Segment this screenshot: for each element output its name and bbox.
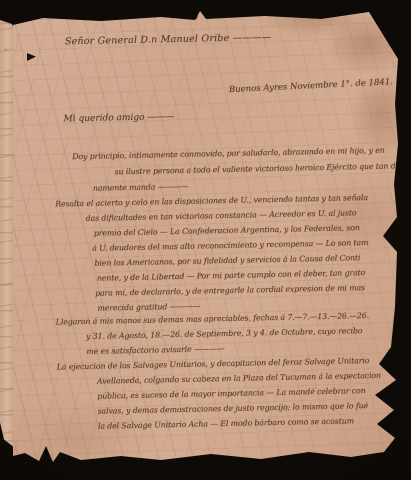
recipient-line: Señor General D.n Manuel Oribe ———— [65,32,272,47]
tear-mark [271,6,280,17]
date-line: Buenos Ayres Noviembre 1°. de 1841. [229,77,393,95]
paragraph: Resalta el acierto y celo en las disposi… [13,189,400,317]
paragraph: La ejecucion de los Salvages Unitarios, … [16,352,402,435]
paragraph: Llegaron á mis manos sus demas mas aprec… [16,307,402,360]
manuscript-photo: Señor General D.n Manuel Oribe ———— Buen… [0,0,411,480]
adjacent-page-edge [0,20,15,448]
salutation-line: Mi querido amigo ——— [63,112,174,124]
manuscript-page: Señor General D.n Manuel Oribe ———— Buen… [13,9,398,468]
handwriting-layer: Señor General D.n Manuel Oribe ———— Buen… [9,3,404,470]
